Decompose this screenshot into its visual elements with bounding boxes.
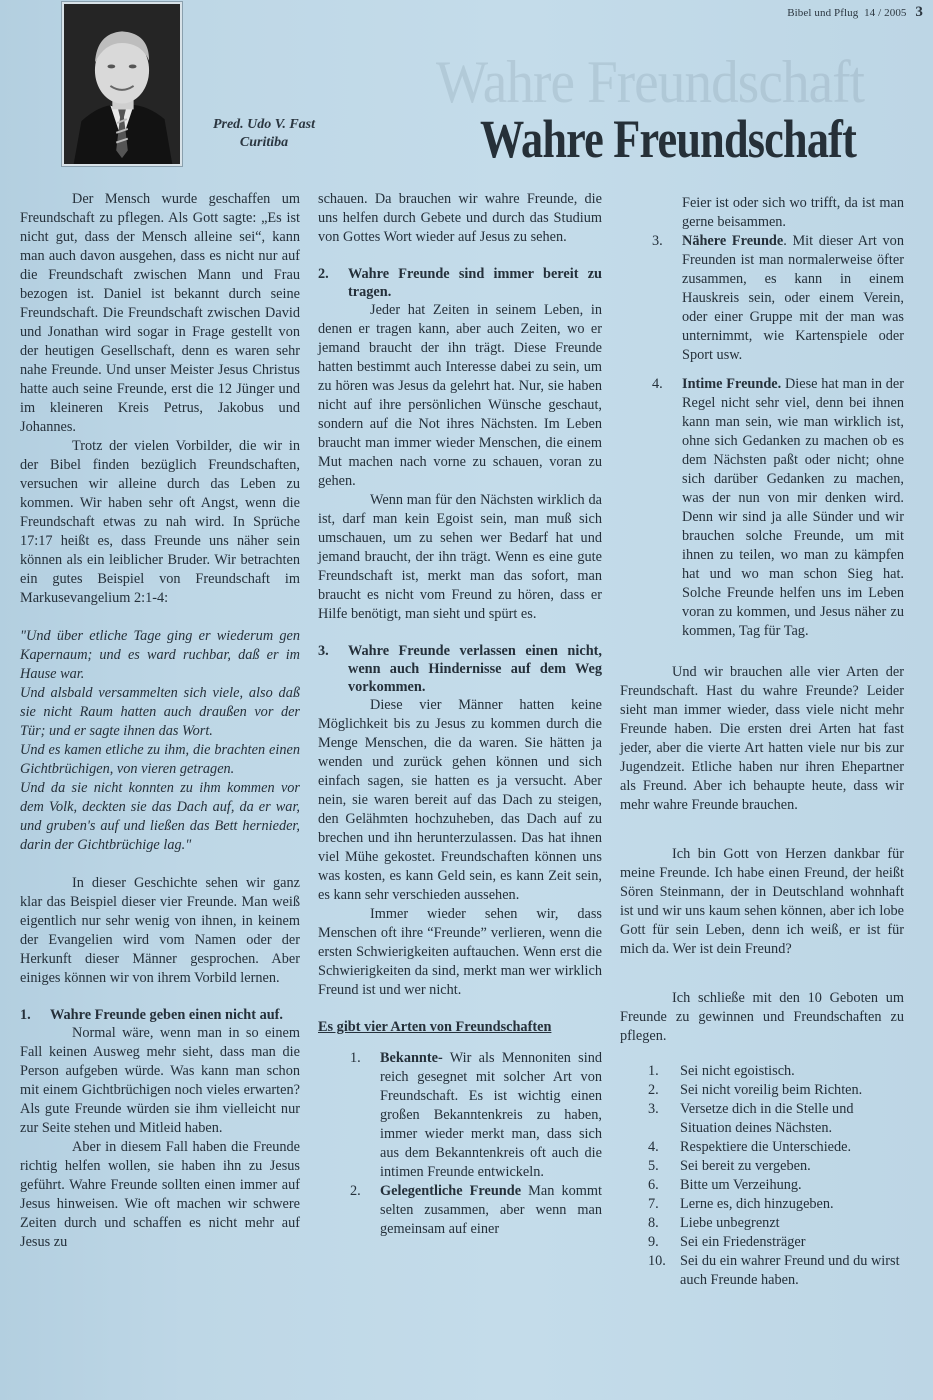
list-item: 2. Gelegentliche Freunde Man kommt selte… [350, 1182, 602, 1239]
after-quote-paragraph: In dieser Geschichte sehen wir ganz klar… [20, 874, 300, 988]
title-watermark: Wahre Freundschaft [436, 48, 864, 117]
ten-commandments-list: 1.Sei nicht egoistisch. 2.Sei nicht vore… [648, 1062, 904, 1290]
closing-paragraph-2: Ich bin Gott von Herzen dankbar für mein… [620, 845, 904, 959]
scripture-quote: "Und über etliche Tage ging er wiederum … [20, 627, 300, 855]
section-heading-text: Wahre Freunde sind immer bereit zu trage… [348, 265, 602, 301]
author-location: Curitiba [190, 134, 338, 152]
quote-verse-2: Und alsbald versammelten sich viele, als… [20, 684, 300, 741]
list-item: 6.Bitte um Verzeihung. [648, 1176, 904, 1195]
intro-paragraph-2: Trotz der vielen Vorbilder, die wir in d… [20, 437, 300, 608]
running-header: Bibel und Pflug 14 / 2005 3 [787, 4, 923, 21]
section-heading-text: Wahre Freunde geben einen nicht auf. [50, 1006, 300, 1024]
section-2-paragraph-2: Wenn man für den Nächsten wirklich da is… [318, 491, 602, 624]
list-item: 7.Lerne es, dich hinzugeben. [648, 1195, 904, 1214]
closing-paragraph-3: Ich schließe mit den 10 Geboten um Freun… [620, 989, 904, 1046]
author-portrait-photo [62, 2, 182, 166]
type-name: Nähere Freunde [682, 233, 783, 249]
intro-paragraph-1: Der Mensch wurde geschaffen um Freundsch… [20, 190, 300, 437]
section-3-paragraph-1: Diese vier Männer hatten keine Möglichke… [318, 696, 602, 905]
section-1-heading: 1. Wahre Freunde geben einen nicht auf. [20, 1006, 300, 1024]
quote-verse-4: Und da sie nicht konnten zu ihm kommen v… [20, 779, 300, 855]
quote-verse-1: "Und über etliche Tage ging er wiederum … [20, 627, 300, 684]
section-1-paragraph-2: Aber in diesem Fall haben die Freunde ri… [20, 1138, 300, 1252]
list-item: 5.Sei bereit zu vergeben. [648, 1157, 904, 1176]
column-3: Feier ist oder sich wo trifft, da ist ma… [620, 194, 904, 1290]
article-title: Wahre Freundschaft [480, 108, 856, 170]
section-3-paragraph-2: Immer wieder sehen wir, dass Menschen of… [318, 905, 602, 1000]
section-3-heading: 3. Wahre Freunde verlassen einen nicht, … [318, 642, 602, 696]
list-item: 2.Sei nicht voreilig beim Richten. [648, 1081, 904, 1100]
publication-name: Bibel und Pflug [787, 7, 858, 19]
section-2-paragraph-1: Jeder hat Zeiten in seinem Leben, in den… [318, 301, 602, 491]
list-item: 3. Nähere Freunde. Mit dieser Art von Fr… [652, 232, 904, 365]
section-number: 3. [318, 642, 348, 696]
list-item: 1.Sei nicht egoistisch. [648, 1062, 904, 1081]
list-item: 9.Sei ein Friedensträger [648, 1233, 904, 1252]
type-name: Intime Freunde. [682, 376, 781, 392]
list-item: 8.Liebe unbegrenzt [648, 1214, 904, 1233]
page-number: 3 [915, 4, 923, 20]
quote-verse-3: Und es kamen etliche zu ihm, die brachte… [20, 741, 300, 779]
list-item: 10.Sei du ein wahrer Freund und du wirst… [648, 1252, 904, 1290]
list-item: 1. Bekannte- Wir als Mennoniten sind rei… [350, 1049, 602, 1182]
friendship-types-heading: Es gibt vier Arten von Freundschaften [318, 1018, 602, 1037]
section-number: 2. [318, 265, 348, 301]
section-heading-text: Wahre Freunde verlassen einen nicht, wen… [348, 642, 602, 696]
list-item: 4. Intime Freunde. Diese hat man in der … [652, 375, 904, 641]
section-1-paragraph-1: Normal wäre, wenn man in so einem Fall k… [20, 1024, 300, 1138]
section-2-heading: 2. Wahre Freunde sind immer bereit zu tr… [318, 265, 602, 301]
friendship-types-list: 1. Bekannte- Wir als Mennoniten sind rei… [350, 1049, 602, 1239]
portrait-icon [64, 4, 180, 164]
author-name: Pred. Udo V. Fast [190, 116, 338, 134]
type-name: Bekannte- [380, 1050, 443, 1066]
list-item: Feier ist oder sich wo trifft, da ist ma… [652, 194, 904, 232]
author-byline: Pred. Udo V. Fast Curitiba [190, 116, 338, 152]
magazine-page: Bibel und Pflug 14 / 2005 3 Pr [0, 0, 933, 1400]
column-2: schauen. Da brauchen wir wahre Freunde, … [318, 190, 602, 1239]
column-1: Der Mensch wurde geschaffen um Freundsch… [20, 190, 300, 1252]
closing-paragraph-1: Und wir brauchen alle vier Arten der Fre… [620, 663, 904, 815]
friendship-types-list-continued: Feier ist oder sich wo trifft, da ist ma… [652, 194, 904, 641]
list-item: 3.Versetze dich in die Stelle und Situat… [648, 1100, 904, 1138]
list-item: 4.Respektiere die Unterschiede. [648, 1138, 904, 1157]
section-number: 1. [20, 1006, 50, 1024]
section-1-paragraph-3: schauen. Da brauchen wir wahre Freunde, … [318, 190, 602, 247]
type-name: Gelegentliche Freunde [380, 1183, 521, 1199]
issue-number: 14 / 2005 [864, 7, 906, 19]
